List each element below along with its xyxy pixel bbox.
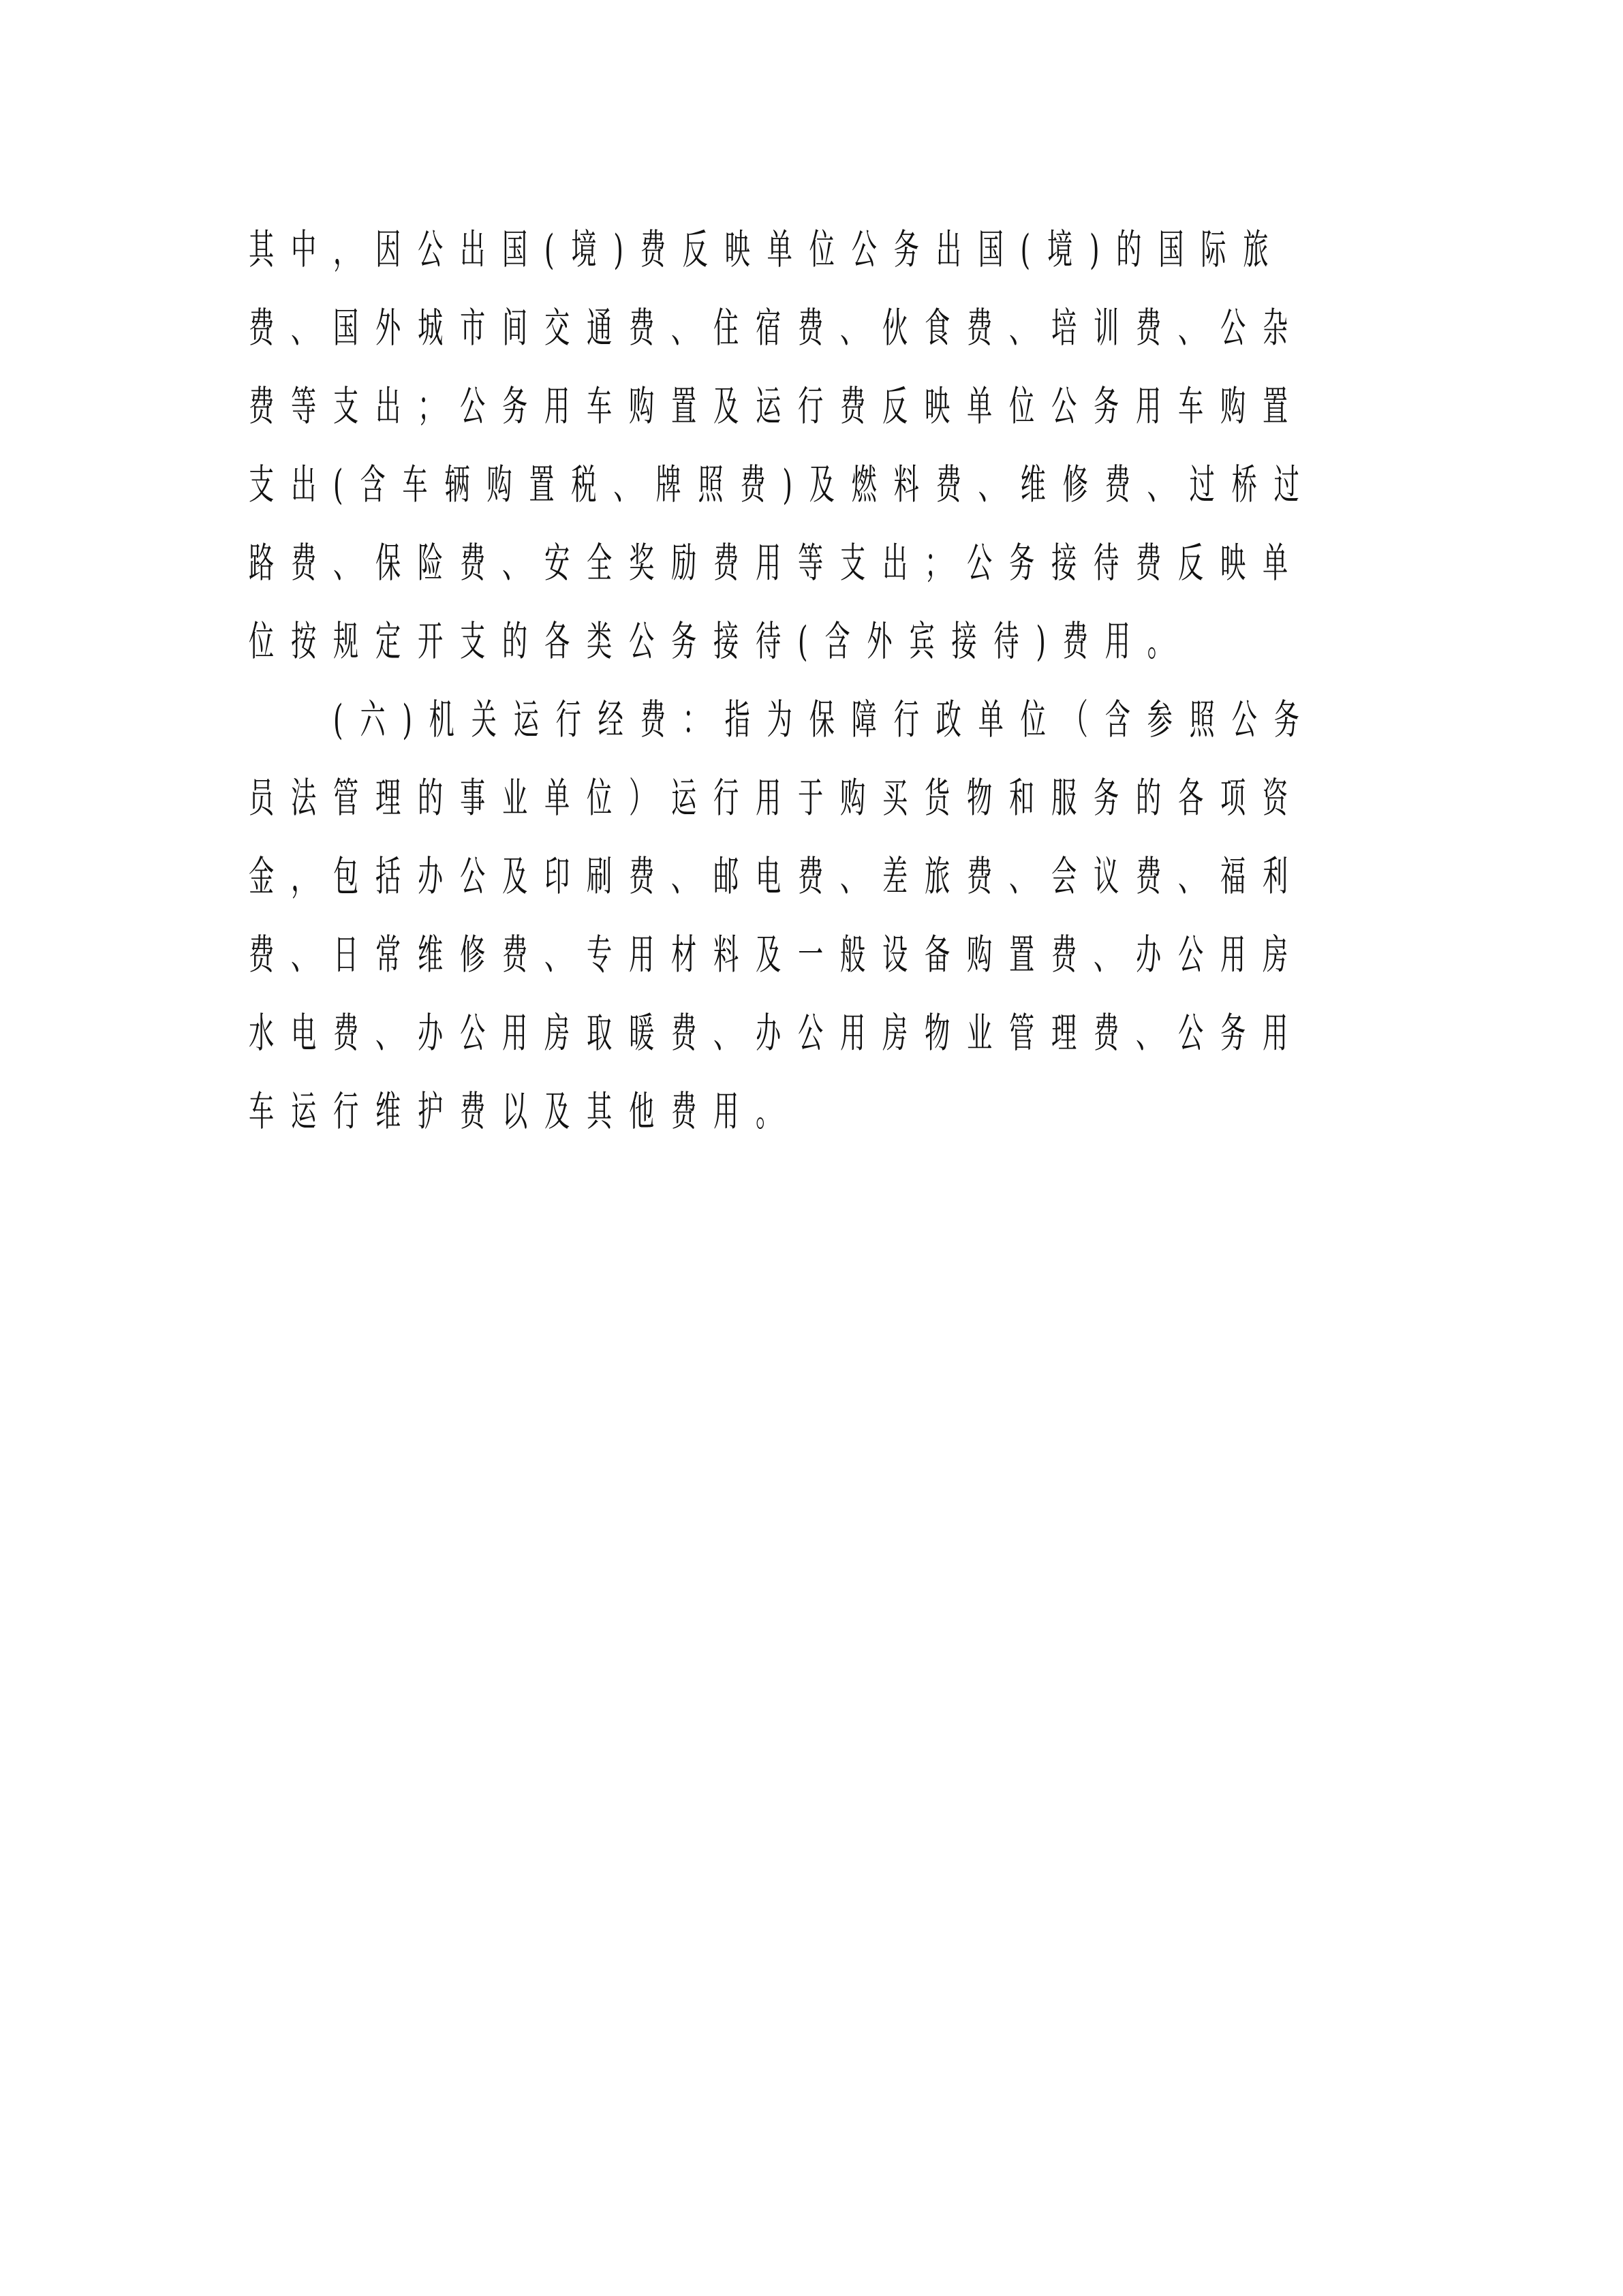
text-line: 费、日常维修费、专用材料及一般设备购置费、办公用房: [249, 916, 933, 995]
text-line-content: 费等支出；公务用车购置及运行费反映单位公务用车购置: [249, 368, 1305, 446]
document-page: 其中，因公出国(境)费反映单位公务出国(境)的国际旅 费、国外城市间交通费、住宿…: [0, 0, 1623, 2296]
text-line-content: 车运行维护费以及其他费用。: [249, 1073, 798, 1151]
text-line-content: 位按规定开支的各类公务接待(含外宾接待)费用。: [249, 603, 1190, 681]
text-line-content: (六)机关运行经费：指为保障行政单位（含参照公务: [249, 681, 1316, 760]
paragraph-agency-operating-funds: (六)机关运行经费：指为保障行政单位（含参照公务 员法管理的事业单位）运行用于购…: [249, 681, 1352, 1151]
text-line-content: 其中，因公出国(境)费反映单位公务出国(境)的国际旅: [249, 211, 1285, 290]
text-line: (六)机关运行经费：指为保障行政单位（含参照公务: [249, 681, 933, 760]
text-line: 其中，因公出国(境)费反映单位公务出国(境)的国际旅: [249, 211, 933, 290]
text-line: 费等支出；公务用车购置及运行费反映单位公务用车购置: [249, 368, 933, 446]
text-line-content: 费、日常维修费、专用材料及一般设备购置费、办公用房: [249, 916, 1305, 995]
text-line: 员法管理的事业单位）运行用于购买货物和服务的各项资: [249, 760, 933, 838]
text-line: 位按规定开支的各类公务接待(含外宾接待)费用。: [249, 603, 933, 681]
text-line: 费、国外城市间交通费、住宿费、伙食费、培训费、公杂: [249, 290, 933, 368]
text-line: 路费、保险费、安全奖励费用等支出；公务接待费反映单: [249, 525, 933, 603]
text-line: 水电费、办公用房取暖费、办公用房物业管理费、公务用: [249, 995, 933, 1073]
text-line: 支出(含车辆购置税、牌照费)及燃料费、维修费、过桥过: [249, 446, 933, 525]
text-line: 车运行维护费以及其他费用。: [249, 1073, 933, 1151]
text-line-content: 费、国外城市间交通费、住宿费、伙食费、培训费、公杂: [249, 290, 1305, 368]
body-text: 其中，因公出国(境)费反映单位公务出国(境)的国际旅 费、国外城市间交通费、住宿…: [249, 211, 1352, 1151]
text-line: 金，包括办公及印刷费、邮电费、差旅费、会议费、福利: [249, 838, 933, 916]
text-line-content: 路费、保险费、安全奖励费用等支出；公务接待费反映单: [249, 525, 1305, 603]
paragraph-official-expenses-detail: 其中，因公出国(境)费反映单位公务出国(境)的国际旅 费、国外城市间交通费、住宿…: [249, 211, 1352, 681]
text-line-content: 员法管理的事业单位）运行用于购买货物和服务的各项资: [249, 760, 1305, 838]
text-line-content: 金，包括办公及印刷费、邮电费、差旅费、会议费、福利: [249, 838, 1305, 916]
text-line-content: 支出(含车辆购置税、牌照费)及燃料费、维修费、过桥过: [249, 446, 1316, 525]
text-line-content: 水电费、办公用房取暖费、办公用房物业管理费、公务用: [249, 995, 1305, 1073]
